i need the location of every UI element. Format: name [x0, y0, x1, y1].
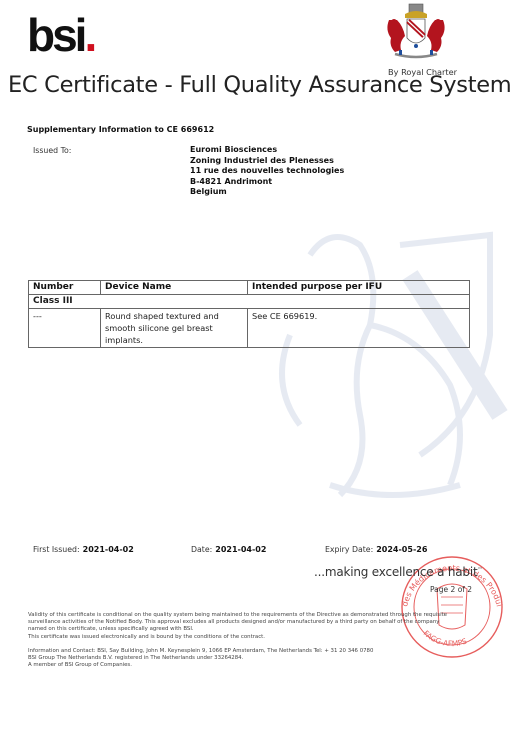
contact-info: Information and Contact: BSI, Say Buildi… — [28, 648, 373, 670]
column-header-device-name: Device Name — [101, 281, 248, 295]
contact-line: A member of BSI Group of Companies. — [28, 662, 373, 669]
column-header-intended-purpose: Intended purpose per IFU — [248, 281, 470, 295]
logo-text: bsi — [27, 9, 84, 61]
address-country: Belgium — [190, 187, 344, 198]
validity-notice: Validity of this certificate is conditio… — [28, 612, 447, 641]
bsi-logo: bsi. — [27, 10, 94, 60]
slogan: ...making excellence a habit™ — [314, 565, 482, 579]
crest-watermark-icon — [250, 215, 510, 515]
validity-line: named on this certificate, unless specif… — [28, 626, 447, 633]
supplementary-heading: Supplementary Information to CE 669612 — [27, 125, 214, 134]
slogan-text: ...making excellence a habit — [314, 565, 477, 579]
class-row: Class III — [29, 295, 470, 309]
cell-intended-purpose: See CE 669619. — [248, 309, 470, 348]
table-header-row: Number Device Name Intended purpose per … — [29, 281, 470, 295]
expiry-label: Expiry Date: — [325, 545, 373, 554]
device-table: Number Device Name Intended purpose per … — [28, 280, 470, 348]
contact-line: Information and Contact: BSI, Say Buildi… — [28, 648, 373, 655]
date-label: Date: — [191, 545, 212, 554]
company-name: Euromi Biosciences — [190, 145, 344, 156]
validity-line: surveillance activities of the Notified … — [28, 619, 447, 626]
date-value: 2021-04-02 — [215, 545, 266, 554]
issue-date: Date:2021-04-02 — [191, 545, 266, 554]
first-issued: First Issued:2021-04-02 — [33, 545, 134, 554]
validity-line: Validity of this certificate is conditio… — [28, 612, 447, 619]
address-line-2: 11 rue des nouvelles technologies — [190, 166, 344, 177]
first-issued-value: 2021-04-02 — [83, 545, 134, 554]
cell-number: --- — [29, 309, 101, 348]
address-city: B-4821 Andrimont — [190, 177, 344, 188]
page-number: Page 2 of 2 — [430, 585, 472, 594]
column-header-number: Number — [29, 281, 101, 295]
device-class-label: Class III — [29, 295, 470, 309]
address-line-1: Zoning Industriel des Plenesses — [190, 156, 344, 167]
royal-crest-icon — [383, 2, 449, 64]
contact-line: BSI Group The Netherlands B.V. registere… — [28, 655, 373, 662]
first-issued-label: First Issued: — [33, 545, 80, 554]
cell-device-name: Round shaped textured and smooth silicon… — [101, 309, 248, 348]
validity-line: This certificate was issued electronical… — [28, 634, 447, 641]
issued-to-label: Issued To: — [33, 146, 71, 155]
trademark-symbol: ™ — [477, 567, 482, 573]
table-row: --- Round shaped textured and smooth sil… — [29, 309, 470, 348]
page-title: EC Certificate - Full Quality Assurance … — [8, 72, 511, 98]
logo-dot: . — [84, 9, 94, 61]
issued-to-address: Euromi Biosciences Zoning Industriel des… — [190, 145, 344, 198]
